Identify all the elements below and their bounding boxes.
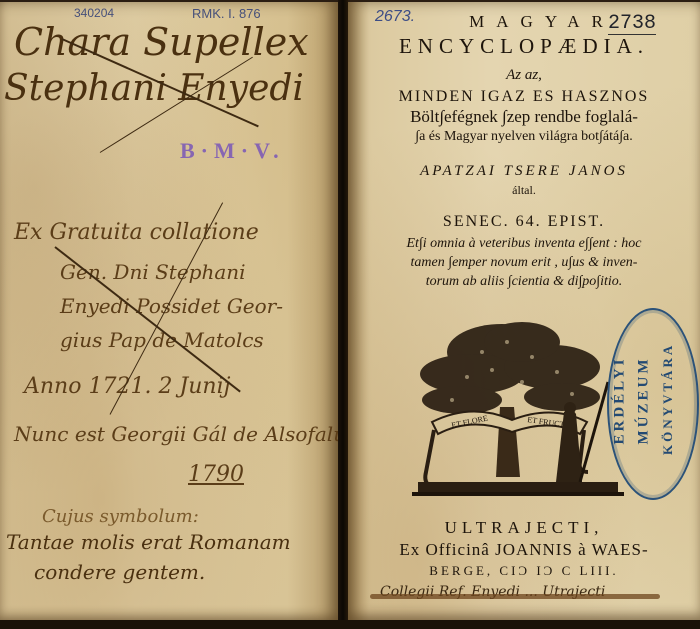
symbolum-line-2: Tantae molis erat Romanam <box>6 530 291 554</box>
symbolum-line-3: condere gentem. <box>34 560 205 584</box>
struck-provenance-note: Collegii Ref. Enyedi ... Utrajecti <box>370 588 700 604</box>
later-owner-line-1: Nunc est Georgii Gál de Alsofalu <box>14 422 346 446</box>
subtitle-line-2: Bölt∫efégnek ∫zep rendbe foglalá- <box>348 107 700 127</box>
catalog-reference: RMK. I. 876 <box>192 6 261 21</box>
subtitle-intro: Az az, <box>348 67 700 84</box>
book-gutter <box>338 0 348 629</box>
author-name: APATZAI TSERE JANOS <box>348 163 700 180</box>
donation-line-5-date: Anno 1721. 2 Junij <box>24 374 230 399</box>
subtitle-line-3: ∫a és Magyar nyelven világra bot∫átá∫a. <box>348 129 700 145</box>
provenance-ink-strike <box>370 594 660 599</box>
epigraph-line-1: Et∫i omnia à veteribus inventa e∫∫ent : … <box>348 236 700 252</box>
imprint-printer-line-1: Ex Officinâ JOANNIS à WAES- <box>348 540 700 560</box>
stamp-line-3: KÖNYVTÁRA <box>660 345 676 455</box>
accession-number: 340204 <box>74 6 114 20</box>
author-by: által. <box>348 183 700 198</box>
donation-line-1: Ex Gratuita collatione <box>14 220 259 245</box>
left-flyleaf-page: 340204 RMK. I. 876 Chara Supellex Stepha… <box>0 2 340 622</box>
subtitle-line-1: MINDEN IGAZ ES HASZNOS <box>348 88 700 106</box>
title-line-2: ENCYCLOPÆDIA. <box>348 34 700 59</box>
symbolum-line-1: Cujus symbolum: <box>42 506 199 527</box>
ownership-line-2: Stephani Enyedi <box>4 68 304 109</box>
erdelyi-muzeum-library-stamp: ERDÉLYI MÚZEUM KÖNYVTÁRA <box>607 308 699 500</box>
imprint-printer-line-2: BERGE, CIƆ IƆ C LIII. <box>348 563 700 579</box>
bottom-edge <box>0 620 700 629</box>
ownership-line-1: Chara Supellex <box>14 20 309 64</box>
epigraph-line-3: torum ab aliis ∫cientia & di∫po∫itio. <box>348 274 700 290</box>
stamp-line-1: ERDÉLYI <box>612 346 629 456</box>
epigraph-line-2: tamen ∫emper novum erit , u∫us & inven- <box>348 255 700 271</box>
later-owner-year: 1790 <box>188 462 244 487</box>
bmv-library-stamp: B·M·V. <box>180 138 285 164</box>
open-book: 340204 RMK. I. 876 Chara Supellex Stepha… <box>0 0 700 629</box>
epigraph-source: SENEC. 64. EPIST. <box>348 213 700 231</box>
printers-device-woodcut: ET FLORE ET FRUCTU <box>412 312 624 508</box>
stamp-line-2: MÚZEUM <box>636 346 653 456</box>
title-line-1: MAGYAR <box>348 12 700 32</box>
imprint-place: ULTRAJECTI, <box>348 518 700 538</box>
